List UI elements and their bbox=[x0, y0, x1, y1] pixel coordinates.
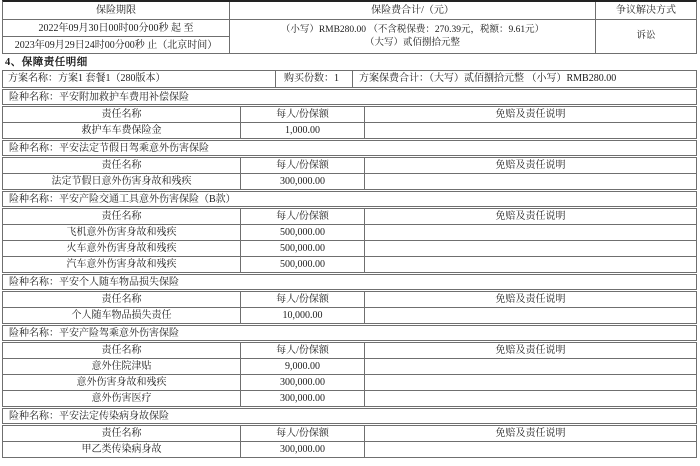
policy-summary-table: 保险期限 2022年09月30日00时00分00秒 起 至 2023年09月29… bbox=[2, 0, 697, 54]
liability-name: 火车意外伤害身故和残疾 bbox=[3, 241, 240, 256]
liability-row: 意外住院津贴9,000.00 bbox=[3, 358, 696, 374]
insured-amount: 9,000.00 bbox=[240, 359, 364, 374]
insured-amount-header: 每人/份保额 bbox=[240, 158, 364, 173]
insurance-type-row: 险种名称：平安个人随车物品损失保险 bbox=[2, 274, 697, 290]
insured-amount-header: 每人/份保额 bbox=[240, 107, 364, 122]
policy-period-start: 2022年09月30日00时00分00秒 起 至 bbox=[3, 19, 229, 36]
liability-header-row: 责任名称每人/份保额免赔及责任说明 bbox=[3, 209, 696, 224]
insured-amount-header: 每人/份保额 bbox=[240, 209, 364, 224]
deductible-note-header: 免赔及责任说明 bbox=[364, 343, 696, 358]
insurance-type-row: 险种名称：平安法定传染病身故保险 bbox=[2, 408, 697, 424]
deductible-note bbox=[364, 375, 696, 390]
liability-row: 个人随车物品损失责任10,000.00 bbox=[3, 307, 696, 323]
liability-table: 责任名称每人/份保额免赔及责任说明法定节假日意外伤害身故和残疾300,000.0… bbox=[2, 157, 697, 190]
liability-name-header: 责任名称 bbox=[3, 107, 240, 122]
deductible-note bbox=[364, 241, 696, 256]
liability-row: 甲乙类传染病身故300,000.00 bbox=[3, 441, 696, 457]
insured-amount-header: 每人/份保额 bbox=[240, 292, 364, 307]
deductible-note-header: 免赔及责任说明 bbox=[364, 107, 696, 122]
deductible-note bbox=[364, 442, 696, 457]
premium-amount-numeric: （小写）RMB280.00 （不含税保费：270.39元，税额：9.61元） bbox=[281, 24, 544, 37]
policy-period-header: 保险期限 bbox=[3, 2, 229, 19]
liability-row: 飞机意外伤害身故和残疾500,000.00 bbox=[3, 224, 696, 240]
liability-header-row: 责任名称每人/份保额免赔及责任说明 bbox=[3, 107, 696, 122]
liability-table: 责任名称每人/份保额免赔及责任说明个人随车物品损失责任10,000.00 bbox=[2, 291, 697, 324]
liability-name: 汽车意外伤害身故和残疾 bbox=[3, 257, 240, 272]
insured-amount: 500,000.00 bbox=[240, 241, 364, 256]
policy-document: 保险期限 2022年09月30日00时00分00秒 起 至 2023年09月29… bbox=[0, 0, 700, 458]
premium-total-header: 保险费合计/（元） bbox=[230, 2, 595, 19]
insured-amount-header: 每人/份保额 bbox=[240, 343, 364, 358]
insurance-type-row: 险种名称：平安法定节假日驾乘意外伤害保险 bbox=[2, 140, 697, 156]
deductible-note-header: 免赔及责任说明 bbox=[364, 158, 696, 173]
insurance-type-row: 险种名称：平安附加救护车费用补偿保险 bbox=[2, 89, 697, 105]
liability-name: 救护车车费保险金 bbox=[3, 123, 240, 138]
liability-row: 意外伤害身故和残疾300,000.00 bbox=[3, 374, 696, 390]
insured-amount: 300,000.00 bbox=[240, 375, 364, 390]
insured-amount: 300,000.00 bbox=[240, 442, 364, 457]
liability-row: 救护车车费保险金1,000.00 bbox=[3, 122, 696, 138]
insured-amount: 500,000.00 bbox=[240, 225, 364, 240]
liability-name-header: 责任名称 bbox=[3, 158, 240, 173]
liability-name: 个人随车物品损失责任 bbox=[3, 308, 240, 323]
coverage-sections: 险种名称：平安附加救护车费用补偿保险责任名称每人/份保额免赔及责任说明救护车车费… bbox=[2, 89, 697, 458]
liability-table: 责任名称每人/份保额免赔及责任说明救护车车费保险金1,000.00 bbox=[2, 106, 697, 139]
liability-header-row: 责任名称每人/份保额免赔及责任说明 bbox=[3, 426, 696, 441]
deductible-note bbox=[364, 123, 696, 138]
section-title: 4、保障责任明细 bbox=[2, 56, 697, 70]
deductible-note-header: 免赔及责任说明 bbox=[364, 426, 696, 441]
liability-table: 责任名称每人/份保额免赔及责任说明意外住院津贴9,000.00意外伤害身故和残疾… bbox=[2, 342, 697, 407]
premium-total-column: 保险费合计/（元） （小写）RMB280.00 （不含税保费：270.39元，税… bbox=[229, 2, 595, 53]
liability-name: 意外伤害医疗 bbox=[3, 391, 240, 406]
insured-amount-header: 每人/份保额 bbox=[240, 426, 364, 441]
liability-header-row: 责任名称每人/份保额免赔及责任说明 bbox=[3, 343, 696, 358]
insured-amount: 10,000.00 bbox=[240, 308, 364, 323]
dispute-method-value: 诉讼 bbox=[596, 19, 696, 53]
insured-amount: 1,000.00 bbox=[240, 123, 364, 138]
deductible-note bbox=[364, 257, 696, 272]
insured-amount: 300,000.00 bbox=[240, 391, 364, 406]
deductible-note bbox=[364, 308, 696, 323]
liability-row: 火车意外伤害身故和残疾500,000.00 bbox=[3, 240, 696, 256]
insurance-type-row: 险种名称：平安产险交通工具意外伤害保险（B款） bbox=[2, 191, 697, 207]
liability-name: 意外住院津贴 bbox=[3, 359, 240, 374]
liability-name: 甲乙类传染病身故 bbox=[3, 442, 240, 457]
premium-amount-words: （大写）贰佰捌拾元整 bbox=[365, 37, 460, 50]
liability-row: 汽车意外伤害身故和残疾500,000.00 bbox=[3, 256, 696, 272]
dispute-method-column: 争议解决方式 诉讼 bbox=[595, 2, 696, 53]
deductible-note-header: 免赔及责任说明 bbox=[364, 292, 696, 307]
deductible-note-header: 免赔及责任说明 bbox=[364, 209, 696, 224]
liability-name: 法定节假日意外伤害身故和残疾 bbox=[3, 174, 240, 189]
purchase-count: 购买份数：1 bbox=[275, 71, 352, 87]
liability-table: 责任名称每人/份保额免赔及责任说明飞机意外伤害身故和残疾500,000.00火车… bbox=[2, 208, 697, 273]
plan-summary-row: 方案名称：方案1 套餐1（280版本） 购买份数：1 方案保费合计：（大写）贰佰… bbox=[2, 70, 697, 88]
plan-premium-total: 方案保费合计：（大写）贰佰捌拾元整 （小写）RMB280.00 bbox=[352, 71, 696, 87]
deductible-note bbox=[364, 174, 696, 189]
liability-name-header: 责任名称 bbox=[3, 426, 240, 441]
policy-period-end: 2023年09月29日24时00分00秒 止（北京时间） bbox=[3, 36, 229, 53]
liability-header-row: 责任名称每人/份保额免赔及责任说明 bbox=[3, 158, 696, 173]
liability-row: 意外伤害医疗300,000.00 bbox=[3, 390, 696, 406]
deductible-note bbox=[364, 225, 696, 240]
insured-amount: 500,000.00 bbox=[240, 257, 364, 272]
policy-period-column: 保险期限 2022年09月30日00时00分00秒 起 至 2023年09月29… bbox=[3, 2, 229, 53]
liability-name: 飞机意外伤害身故和残疾 bbox=[3, 225, 240, 240]
insured-amount: 300,000.00 bbox=[240, 174, 364, 189]
liability-row: 法定节假日意外伤害身故和残疾300,000.00 bbox=[3, 173, 696, 189]
liability-header-row: 责任名称每人/份保额免赔及责任说明 bbox=[3, 292, 696, 307]
liability-name-header: 责任名称 bbox=[3, 343, 240, 358]
premium-total-value: （小写）RMB280.00 （不含税保费：270.39元，税额：9.61元） （… bbox=[230, 19, 595, 53]
liability-name-header: 责任名称 bbox=[3, 292, 240, 307]
deductible-note bbox=[364, 359, 696, 374]
liability-table: 责任名称每人/份保额免赔及责任说明甲乙类传染病身故300,000.00 bbox=[2, 425, 697, 458]
liability-name-header: 责任名称 bbox=[3, 209, 240, 224]
plan-name: 方案名称：方案1 套餐1（280版本） bbox=[3, 71, 275, 87]
dispute-method-header: 争议解决方式 bbox=[596, 2, 696, 19]
insurance-type-row: 险种名称：平安产险驾乘意外伤害保险 bbox=[2, 325, 697, 341]
liability-name: 意外伤害身故和残疾 bbox=[3, 375, 240, 390]
deductible-note bbox=[364, 391, 696, 406]
